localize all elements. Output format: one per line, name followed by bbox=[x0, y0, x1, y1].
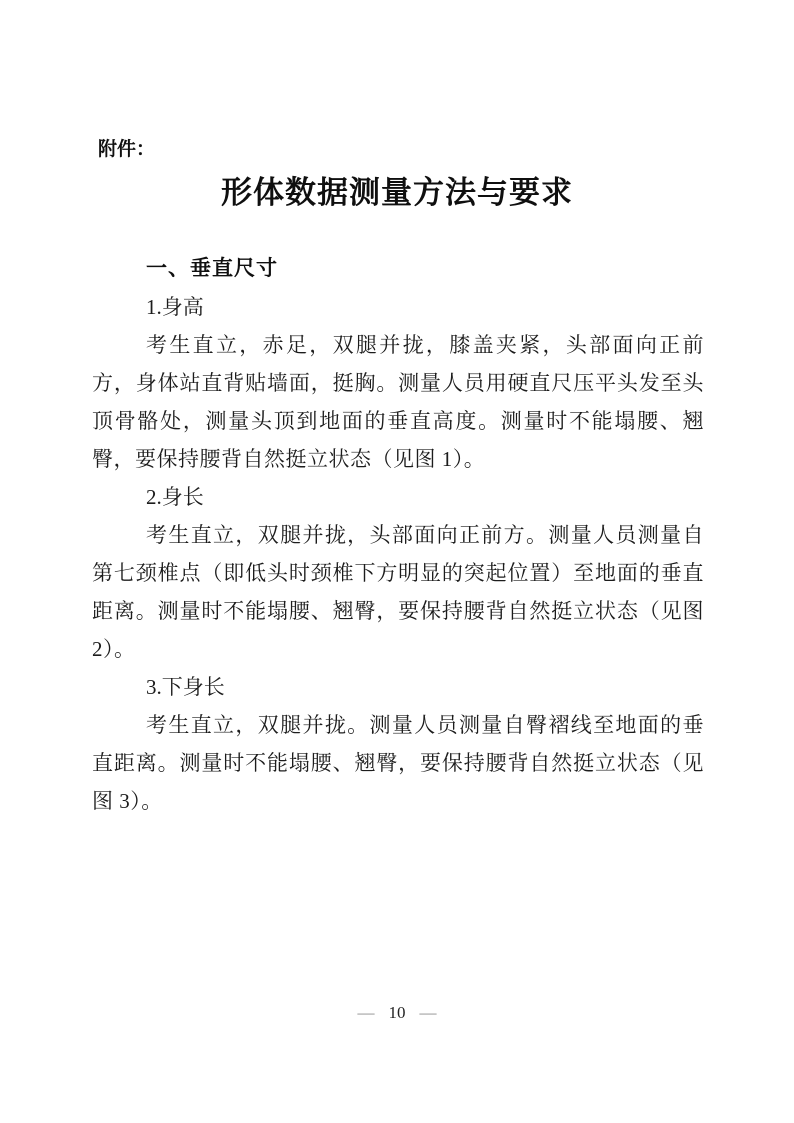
footer-dash-left: — bbox=[358, 1003, 375, 1022]
measurement-item-lower-body-length: 3.下身长 考生直立，双腿并拢。测量人员测量自臀褶线至地面的垂直距离。测量时不能… bbox=[92, 668, 704, 820]
measurement-item-body-length: 2.身长 考生直立，双腿并拢，头部面向正前方。测量人员测量自第七颈椎点（即低头时… bbox=[92, 478, 704, 668]
item-body-body-length: 考生直立，双腿并拢，头部面向正前方。测量人员测量自第七颈椎点（即低头时颈椎下方明… bbox=[92, 516, 704, 668]
item-label-lower-body-length: 3.下身长 bbox=[92, 668, 704, 706]
item-label-body-length: 2.身长 bbox=[92, 478, 704, 516]
footer-page-number: 10 bbox=[389, 1003, 406, 1022]
footer-dash-right: — bbox=[420, 1003, 437, 1022]
section-heading-vertical-dimensions: 一、垂直尺寸 bbox=[92, 250, 704, 288]
attachment-label: 附件： bbox=[98, 137, 155, 163]
page-title: 形体数据测量方法与要求 bbox=[0, 171, 794, 215]
document-body: 一、垂直尺寸 1.身高 考生直立，赤足，双腿并拢，膝盖夹紧，头部面向正前方，身体… bbox=[92, 250, 704, 820]
item-label-height: 1.身高 bbox=[92, 288, 704, 326]
measurement-item-height: 1.身高 考生直立，赤足，双腿并拢，膝盖夹紧，头部面向正前方，身体站直背贴墙面，… bbox=[92, 288, 704, 478]
item-body-height: 考生直立，赤足，双腿并拢，膝盖夹紧，头部面向正前方，身体站直背贴墙面，挺胸。测量… bbox=[92, 326, 704, 478]
document-page: 附件： 形体数据测量方法与要求 一、垂直尺寸 1.身高 考生直立，赤足，双腿并拢… bbox=[0, 0, 794, 1123]
page-footer: —10— bbox=[0, 1001, 794, 1025]
item-body-lower-body-length: 考生直立，双腿并拢。测量人员测量自臀褶线至地面的垂直距离。测量时不能塌腰、翘臀，… bbox=[92, 706, 704, 820]
